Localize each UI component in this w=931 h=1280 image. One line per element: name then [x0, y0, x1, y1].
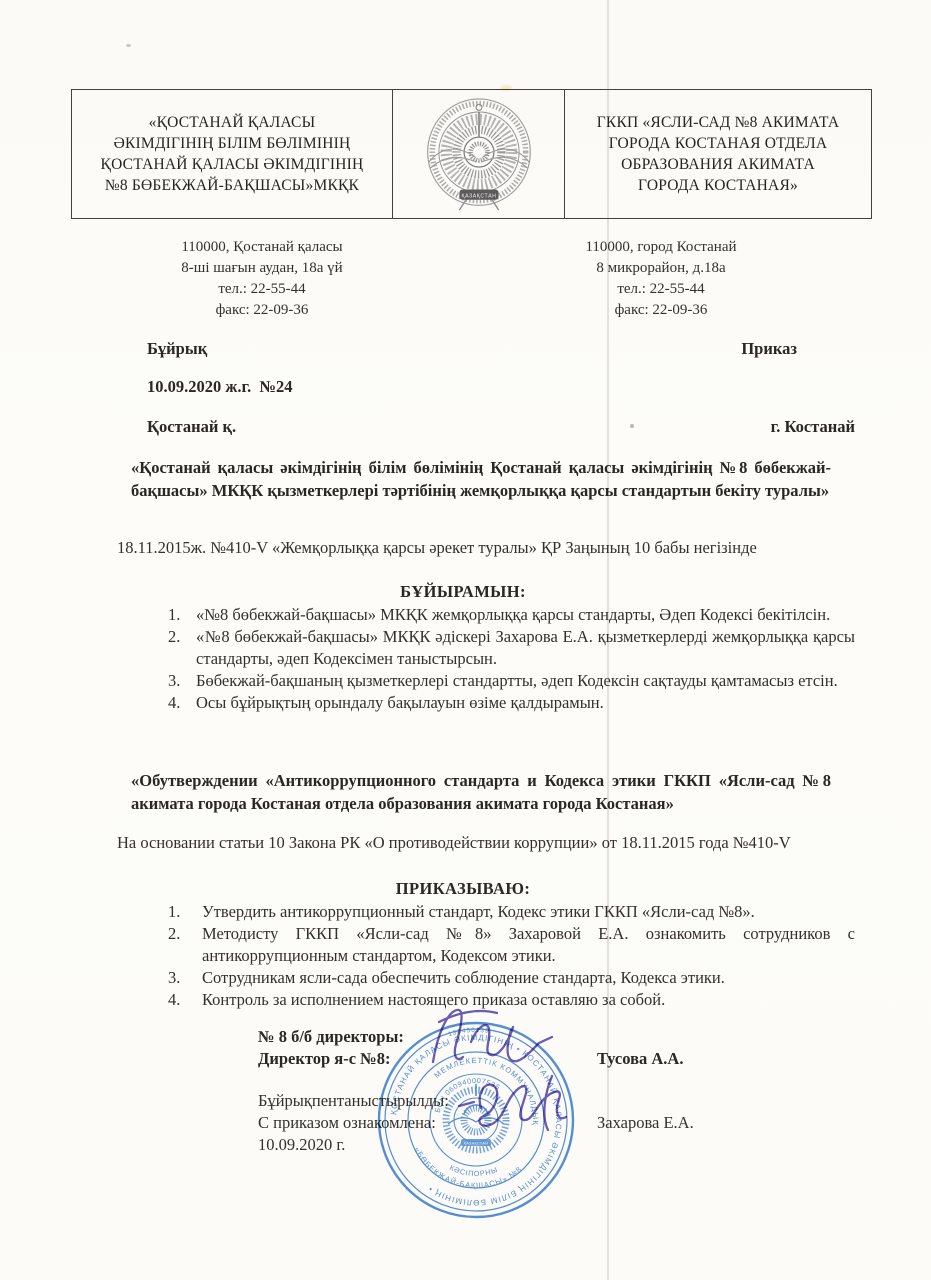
address-russian: 110000, город Костанай 8 микрорайон, д.1…	[511, 237, 811, 321]
order-city-row: Қостанай қ. г. Костанай	[71, 416, 855, 438]
order-date-row: 10.09.2020 ж.г. №24	[71, 376, 855, 398]
scan-speck	[126, 44, 131, 47]
list-item: 1. «№8 бөбекжай-бақшасы» МКҚК жемқорлыққ…	[71, 604, 855, 626]
item-number: 4.	[168, 692, 196, 714]
kazakhstan-emblem-icon: ҚАЗАҚСТАН	[423, 95, 535, 213]
item-number: 3.	[168, 670, 196, 692]
letterhead: «ҚОСТАНАЙ ҚАЛАСЫ ӘКІМДІГІНІҢ БІЛІМ БӨЛІМ…	[71, 89, 872, 219]
list-item: 2. Методисту ГККП «Ясли-сад №8» Захарово…	[71, 923, 855, 967]
russian-legal-basis: На основании статьи 10 Закона РК «О прот…	[71, 832, 855, 854]
emblem-banner-text: ҚАЗАҚСТАН	[461, 193, 496, 199]
item-number: 2.	[168, 923, 202, 945]
ack-name: Захарова Е.А.	[597, 1112, 694, 1134]
item-text: Утвердить антикоррупционный стандарт, Ко…	[202, 901, 855, 923]
item-text: Осы бұйрықтың орындалу бақылауын өзіме қ…	[196, 692, 855, 714]
list-item: 3. Сотрудникам ясли-сада обеспечить собл…	[71, 967, 855, 989]
item-number: 3.	[168, 967, 202, 989]
director-label-russian: Директор я-с №8:	[258, 1049, 391, 1068]
item-number: 1.	[168, 604, 196, 626]
order-city-russian: г. Костанай	[771, 416, 855, 438]
kazakh-legal-basis: 18.11.2015ж. №410-V «Жемқорлыққа қарсы ә…	[71, 537, 855, 559]
order-word-kazakh: Бұйрық	[147, 338, 207, 360]
kazakh-order-title: «Қостанай қаласы әкімдігінің білім бөлім…	[131, 457, 831, 502]
item-number: 4.	[168, 989, 202, 1011]
list-item: 3. Бөбекжай-бақшаның қызметкерлері станд…	[71, 670, 855, 692]
org-name-kazakh: «ҚОСТАНАЙ ҚАЛАСЫ ӘКІМДІГІНІҢ БІЛІМ БӨЛІМ…	[95, 112, 370, 196]
item-text: «№8 бөбекжай-бақшасы» МКҚК әдіскері Заха…	[196, 626, 855, 670]
russian-decree-word: ПРИКАЗЫВАЮ:	[71, 878, 855, 900]
order-word-russian: Приказ	[741, 338, 797, 360]
director-signature	[425, 1000, 557, 1076]
kazakh-decree-word: БҰЙЫРАМЫН:	[71, 581, 855, 603]
svg-text:КӘСІПОРНЫ: КӘСІПОРНЫ	[448, 1163, 499, 1178]
org-name-russian-cell: ГККП «ЯСЛИ-САД №8 АКИМАТА ГОРОДА КОСТАНА…	[565, 90, 871, 218]
order-date-number: 10.09.2020 ж.г. №24	[147, 377, 293, 396]
scanned-order-document: «ҚОСТАНАЙ ҚАЛАСЫ ӘКІМДІГІНІҢ БІЛІМ БӨЛІМ…	[0, 0, 931, 1280]
stamp-bottom-ring-text: «БӨБЕКЖАЙ-БАҚШАСЫ» №8	[413, 1146, 524, 1190]
order-word-row: Бұйрық Приказ	[71, 338, 855, 360]
list-item: 2. «№8 бөбекжай-бақшасы» МКҚК әдіскері З…	[71, 626, 855, 670]
stamp-middle-ring-text-2: КӘСІПОРНЫ	[448, 1163, 499, 1178]
item-number: 1.	[168, 901, 202, 923]
director-name: Тусова А.А.	[597, 1048, 683, 1070]
item-number: 2.	[168, 626, 196, 648]
director-row: Директор я-с №8: Тусова А.А.	[258, 1048, 391, 1070]
item-text: «№8 бөбекжай-бақшасы» МКҚК жемқорлыққа қ…	[196, 604, 855, 626]
svg-text:«БӨБЕКЖАЙ-БАҚШАСЫ» №8: «БӨБЕКЖАЙ-БАҚШАСЫ» №8	[413, 1146, 524, 1190]
item-text: Методисту ГККП «Ясли-сад №8» Захаровой Е…	[202, 923, 855, 967]
ack-signature	[455, 1066, 573, 1144]
list-item: 4. Осы бұйрықтың орындалу бақылауын өзім…	[71, 692, 855, 714]
item-text: Бөбекжай-бақшаның қызметкерлері стандарт…	[196, 670, 855, 692]
order-city-kazakh: Қостанай қ.	[147, 416, 236, 438]
list-item: 1. Утвердить антикоррупционный стандарт,…	[71, 901, 855, 923]
org-name-kazakh-cell: «ҚОСТАНАЙ ҚАЛАСЫ ӘКІМДІГІНІҢ БІЛІМ БӨЛІМ…	[72, 90, 393, 218]
ack-date: 10.09.2020 г.	[258, 1134, 345, 1156]
kazakh-order-items: 1. «№8 бөбекжай-бақшасы» МКҚК жемқорлыққ…	[71, 604, 855, 714]
org-name-russian: ГККП «ЯСЛИ-САД №8 АКИМАТА ГОРОДА КОСТАНА…	[591, 112, 845, 196]
russian-order-items: 1. Утвердить антикоррупционный стандарт,…	[71, 901, 855, 1011]
address-kazakh: 110000, Қостанай қаласы 8-ші шағын аудан…	[102, 237, 422, 321]
russian-order-title: «Обутверждении «Антикоррупционного станд…	[131, 770, 831, 815]
emblem-cell: ҚАЗАҚСТАН	[393, 90, 565, 218]
item-text: Сотрудникам ясли-сада обеспечить соблюде…	[202, 967, 855, 989]
